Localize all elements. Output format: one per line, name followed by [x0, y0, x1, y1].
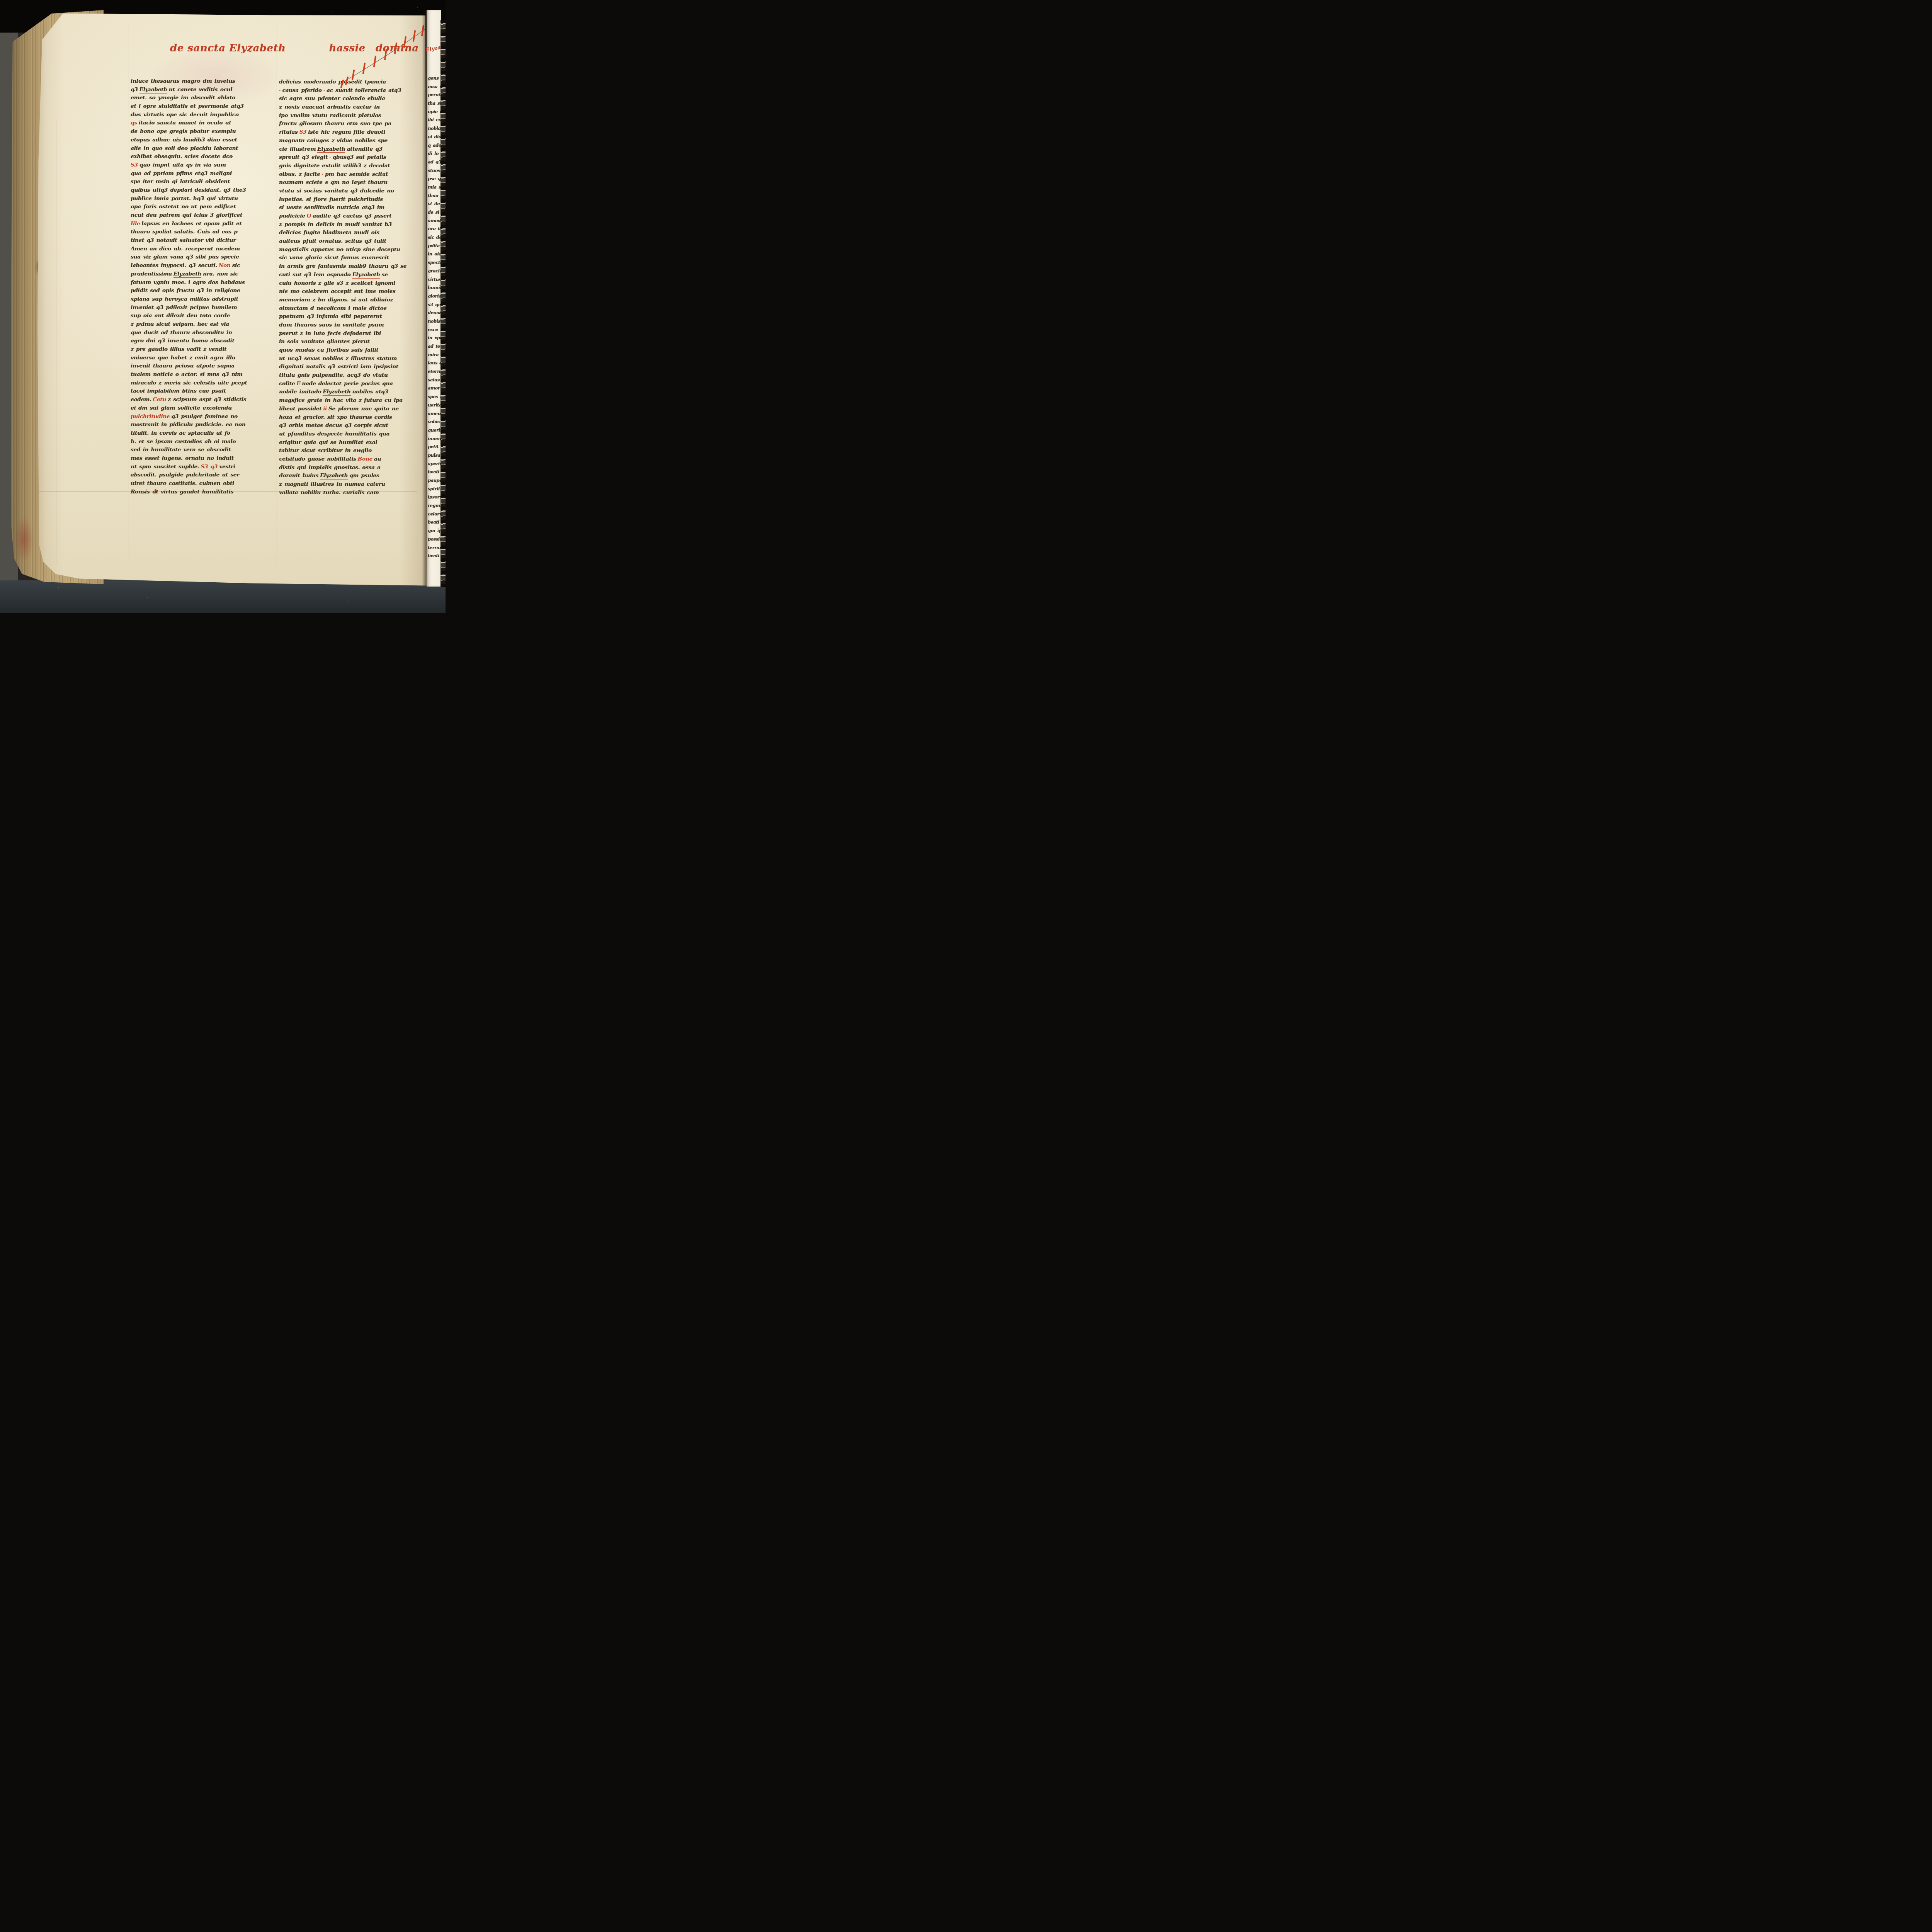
text-line: specta gra	[428, 259, 441, 267]
text-line: uiret thauro castitatis. culmen obti	[131, 480, 258, 488]
text-line: pulchritudineq3 psulget feminea no	[131, 413, 258, 421]
text-line: in sola vanitate gliantes pierut	[279, 338, 410, 346]
text-line: terram bea	[428, 544, 441, 552]
text-line: mira scdm	[428, 351, 441, 359]
text-line: h. et se ipsam custodies ab oi malo	[131, 438, 258, 446]
text-line: amor fides	[428, 384, 441, 393]
text-line: exhibet obsequiu. scies docete dco	[131, 153, 258, 161]
backdrop-bottom	[0, 580, 446, 613]
text-line: aperietur	[428, 460, 441, 468]
text-line: nozmam sciete s qm no layet thauru	[279, 179, 410, 187]
text-line: qm ipsi pos	[428, 527, 441, 535]
text-line: humilitas	[428, 284, 441, 292]
text-line: nre illi sic	[428, 225, 441, 233]
text-line: quos mudus cu floribus suis fallit	[279, 346, 410, 355]
text-line: dum thauros suos in vanitate psum	[279, 321, 410, 330]
text-line: spe iter msin qi latriculi obsident	[131, 178, 258, 186]
text-line: miraculo z meria sic celestis uite pcept	[131, 379, 258, 388]
text-line: fructu gliosum thauru etm suo tpe pa	[279, 120, 410, 128]
text-line: celsitudo gnose nobilitatisBoneau	[279, 455, 410, 464]
text-line: beati pau	[428, 468, 441, 476]
text-line: Amen an dico ub. receperut mcedem	[131, 245, 258, 253]
text-line: ut spm suscitet supble.S3 q3vestri	[131, 463, 258, 471]
text-line: ipsorum est	[428, 493, 441, 502]
text-line: tabitur sicut scribitur in ewglio	[279, 447, 410, 455]
text-line: tinet q3 notauit saluator vbi dicitur	[131, 236, 258, 245]
facing-page-sliver: Elyzabeth gens q in adamca in tabperuit …	[427, 10, 441, 587]
text-line: vniuersa que habet z emit agru illu	[131, 354, 258, 362]
text-line: vt ile ei q3	[428, 200, 441, 208]
edge-stain-red	[15, 517, 33, 562]
text-line: dorauit huiusElyzabethqm psules	[279, 472, 410, 480]
text-line: dignitati natalis q3 astricti iam ipsips…	[279, 363, 410, 371]
text-line: dus virtutis ope sic decuit impublico	[131, 111, 258, 119]
text-line: de bono ope gregis pbatur exemplu	[131, 128, 258, 136]
text-line: mostrauit in pidiculu pudicicie. ea non	[131, 421, 258, 429]
ruling-line-vertical-left	[129, 22, 129, 563]
text-line: tualem noticia o actor. si mns q3 nim	[131, 371, 258, 379]
text-line: q3 orbis metas decus q3 corpis sicut	[279, 422, 410, 430]
text-line: thau ro bs	[428, 192, 441, 200]
text-line: inluce thesaurus magro dm invetus	[131, 77, 258, 86]
text-line: magsfice grate in hac vita z futura cu i…	[279, 396, 410, 405]
text-line: sic deo gra	[428, 233, 441, 242]
text-line: pulsanti ap	[428, 451, 441, 460]
text-line: pdita mun	[428, 242, 441, 250]
text-line: ibi cuubus	[428, 116, 441, 124]
manuscript-page-verso: de sancta Elyzabethhassiedomina inluce t…	[36, 11, 427, 587]
text-line: quibus utiq3 depdari desidant. q3 the3	[131, 186, 258, 195]
text-line: mes esset lugens. ornatu no induit	[131, 454, 258, 463]
text-line: titulit. in coreis ac sptaculis ut fo	[131, 429, 258, 438]
text-line: si ueste senilitudis nutricie atq3 im	[279, 204, 410, 212]
text-line: in xpo ad	[428, 334, 441, 342]
text-column-right: delicias moderando possedit tpancia·caus…	[279, 78, 410, 497]
text-line: memoriam z bn dignos. si aut obliuioz	[279, 296, 410, 304]
text-line: pdidit sed opis fructu q3 in religione	[131, 287, 258, 295]
text-line: virtus hu	[428, 276, 441, 284]
manuscript-photo: de sancta Elyzabethhassiedomina inluce t…	[0, 0, 446, 613]
text-line: oimuctam d necolicom i male dictoe	[279, 304, 410, 313]
text-line: emet. so ymagie im abscodit ablato	[131, 94, 258, 102]
text-line: eadem.Cetuz scipsum aspt q3 stidictis	[131, 396, 258, 404]
text-line: q adorie m	[428, 141, 441, 150]
text-line: fatuam vgniu moe. i agro dos habdaus	[131, 279, 258, 287]
text-line: gnis dignitate extulit vtilib3 z decolat	[279, 162, 410, 170]
text-line: pauperes sp	[428, 476, 441, 485]
text-line: delicias fugite bladimeta mudi ois	[279, 229, 410, 237]
page-crease	[56, 119, 56, 563]
text-line: tacoi impiabilem btins cue psuit	[131, 387, 258, 396]
text-line: sed in humilitate vera se abscodit	[131, 446, 258, 454]
text-line: qsitacio sancta manet in oculo ut	[131, 119, 258, 128]
text-line: spiritu qm	[428, 485, 441, 493]
dust-specks	[0, 0, 1, 1]
text-line: mca in tab	[428, 83, 441, 91]
text-line: ppetuam q3 infamia sibi pepererut	[279, 313, 410, 321]
text-line: beati mites	[428, 518, 441, 527]
text-line: de si qua	[428, 208, 441, 217]
facing-text-fragments: gens q in adamca in tabperuit honotha su…	[428, 74, 441, 560]
text-line: nobile imitadoElyzabethnobiles atq3	[279, 388, 410, 396]
text-line: titulu gnis pulpendite. acq3 do vtutu	[279, 371, 410, 380]
text-line: celorum be	[428, 510, 441, 519]
text-line: vtutu si socius vanitatu q3 dulcedie no	[279, 187, 410, 196]
text-line: vobis qui	[428, 418, 441, 426]
text-line: mia sic ut	[428, 183, 441, 192]
text-line: ad te plena	[428, 342, 441, 351]
text-line: opie er br	[428, 108, 441, 116]
text-line: et i opre stuiditatis et psermonie atq3	[131, 102, 258, 111]
text-line: cuti sut q3 lem aspnadoElyzabethse	[279, 271, 410, 279]
text-line: ut pfunditas despecte humilitatis qua	[279, 430, 410, 439]
text-line: sic vana gloria sicut fumus euanescit	[279, 254, 410, 262]
text-line: s3 quo de	[428, 301, 441, 309]
text-line: petit accip	[428, 443, 441, 451]
text-line: inuenit qui	[428, 435, 441, 443]
text-line: opa foris ostetat no ut pem edificet	[131, 203, 258, 211]
text-line: pudicicieOaudite q3 cuctus q3 pssert	[279, 212, 410, 221]
text-line: amen dico	[428, 410, 441, 418]
text-line: qua ad ppriam pfims etq3 maligni	[131, 170, 258, 178]
text-line: z pre gaudio illius vadit z vendit	[131, 345, 258, 354]
text-line: possidebut	[428, 535, 441, 544]
text-line: oi dia co	[428, 133, 441, 141]
text-line: inveniet q3 pdilexit pcipue humilem	[131, 304, 258, 312]
text-line: noblans ibi	[428, 124, 441, 133]
text-line: xpiana sup heroyca militas adstrupit	[131, 295, 258, 304]
compressed-page-edges-right	[440, 20, 446, 587]
text-line: ut ucq3 sexus nobiles z illustres statum	[279, 355, 410, 363]
text-line: distis qni impialis gnositas. ossa a	[279, 464, 410, 472]
text-line: auiteus pfuit ornatus. scitus q3 tulit	[279, 237, 410, 246]
text-line: publice inuia portat. hq3 qui virtutu	[131, 195, 258, 203]
text-line: in oia spe	[428, 250, 441, 259]
text-line: libeat possidetiiSe plarum nuc quito ne	[279, 405, 410, 413]
text-line: nie mo celebrem accepit sut ime moles	[279, 287, 410, 296]
text-line: z noxis euacuat arbustis cuctur in	[279, 103, 410, 112]
text-line: erigitur quia qui se humiliat exal	[279, 439, 410, 447]
text-line: gloria s3	[428, 292, 441, 301]
text-line: etopus adhuc uis laudib3 dino esset	[131, 136, 258, 145]
text-line: z pximu sicut seipam. hec est via	[131, 320, 258, 329]
text-line: sic agre suu pdenter colendo ebulia	[279, 95, 410, 103]
text-line: sup oia aut dilexit deu toto corde	[131, 312, 258, 320]
text-line: gracia vir	[428, 267, 441, 276]
text-line: q3Elyzabethut cauete veditis ocul	[131, 86, 258, 94]
text-line: spreuit q3 elegit·qbusq3 sui petalis	[279, 153, 410, 162]
text-line: agro dni q3 inventu homo abscodit	[131, 337, 258, 345]
text-line: in armis gre fantasmis maib9 thauru q3 s…	[279, 262, 410, 271]
text-line: lupetias. si flore fuerit pulchritudis	[279, 196, 410, 204]
text-line: thauro spoliat salutis. Cuis ad eos p	[131, 228, 258, 236]
text-line: culu honoris z glie s3 z scelicet ignomi	[279, 279, 410, 288]
text-line: coliteEuade delectat perie pocius qua	[279, 380, 410, 388]
text-line: magnatu coiuges z vidue nobiles spe	[279, 137, 410, 145]
text-line: laboantes inypocsi. q3 secuti.Nonsic	[131, 262, 258, 270]
text-line: regnum cel	[428, 502, 441, 510]
text-line: amodo pl	[428, 217, 441, 225]
text-line: abscodit. psulgide pulchritude ut ser	[131, 471, 258, 480]
text-line: tha suauessit	[428, 99, 441, 108]
text-line: ueritas am	[428, 401, 441, 410]
text-line: S3quo impnt uita qs in via sum	[131, 161, 258, 170]
text-line: pse q3 lum	[428, 175, 441, 183]
text-line: stuos deo	[428, 167, 441, 175]
text-line: pserut z in luto fecis defoderut ibi	[279, 330, 410, 338]
text-line: deuocio n	[428, 309, 441, 317]
text-line: eterna ihu	[428, 367, 441, 376]
text-line: que ducit ad thauru absconditu in	[131, 329, 258, 337]
text-line: z magnati illustres in numea cateru	[279, 480, 410, 489]
text-line: salus pax	[428, 376, 441, 384]
text-line: ad q3 in no	[428, 158, 441, 167]
text-line: Ronsis ut virtus gaudet humilitatis	[131, 488, 258, 497]
text-line: z pompis in delicis in mudi vanitat b3	[279, 221, 410, 229]
text-line: nobis ecce	[428, 317, 441, 326]
text-line: ecce q3 sic	[428, 326, 441, 334]
text-line: peruit hono	[428, 91, 441, 99]
text-column-left: inluce thesaurus magro dm invetusq3Elyza…	[131, 77, 258, 496]
text-line: alie in quo soli deo placidu laborant	[131, 145, 258, 153]
ruling-line-vertical-middle	[277, 22, 277, 563]
text-line: hoza et gracior. sit xpo thaurus cordis	[279, 413, 410, 422]
text-line: beati qui lu	[428, 552, 441, 560]
text-line: Illelapsus en lachees et opam pdit et	[131, 220, 258, 228]
text-line: ncut deu patrem qui iclus 3 glorificet	[131, 211, 258, 220]
text-line: magstialis appatus no uticp sine deceptu	[279, 246, 410, 254]
text-line: vallata nobiliu turba. curialis cam	[279, 489, 410, 497]
text-line: ritulasS3iste hic regum filie deuoti	[279, 128, 410, 137]
text-line: querit inu	[428, 426, 441, 435]
text-line: laus dei et	[428, 359, 441, 367]
text-line: cie illustremElyzabethattendite q3	[279, 145, 410, 154]
text-line: ei dm sui glam sollicite excolendu	[131, 404, 258, 413]
text-line: oibus. z facite·pm hac semide scitat	[279, 170, 410, 179]
running-title-saint: de sancta Elyzabeth	[170, 43, 286, 54]
text-line: gens q in ada	[428, 74, 441, 83]
text-line: invenit thauru pciosu utpote supna	[131, 362, 258, 371]
text-line: ipo vnalim vtutu radicauit platulas	[279, 112, 410, 120]
text-line: spes lux	[428, 393, 441, 401]
text-line: sua viz glam vana q3 sibi pus specie	[131, 253, 258, 262]
pen-flourish-with-red-ticks	[338, 19, 429, 89]
text-line: prudentissimaElyzabethnra. non sic	[131, 270, 258, 279]
text-line: di lo ica	[428, 150, 441, 158]
